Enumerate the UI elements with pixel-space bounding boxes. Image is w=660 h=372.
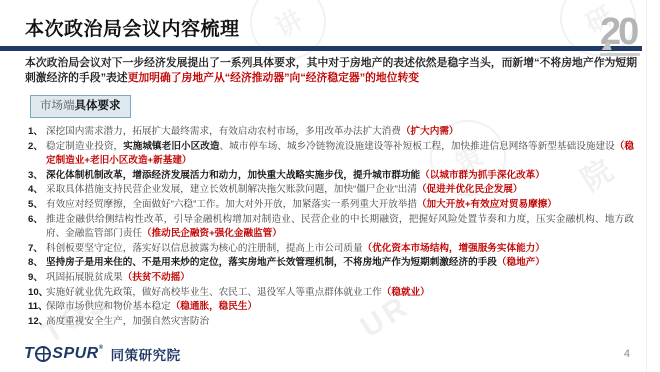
slide: 讲 研 院 TOS UR 策 本次政治局会议内容梳理 20 本次政治局会议对下一… <box>0 0 660 372</box>
section-label-bold: 具体要求 <box>75 100 121 112</box>
anniversary-20-logo: 20 <box>600 14 652 61</box>
text-segment-normal: 稳定制造业投资， <box>46 141 123 152</box>
list-item: 3、深化体制机制改革，增添经济发展活力和动力，加快重大战略实施步伐，提升城市群功… <box>28 169 634 184</box>
text-segment-red: （稳地产） <box>497 257 545 268</box>
item-text: 有效应对经贸摩擦，全面做好“六稳”工作。加大对外开放，加紧落实一系列重大开放举措… <box>46 198 634 213</box>
text-segment-normal: 高度重视安全生产，加强自然灾害防治 <box>46 316 209 327</box>
intro-text-red: 更加明确了房地产从“经济推动器”向“经济稳定器”的地位转变 <box>128 72 420 84</box>
list-item: 4、采取具体措施支持民营企业发展，建立长效机制解决拖欠账款问题，加快“僵尸企业”… <box>28 183 634 198</box>
list-item: 6、推进金融供给侧结构性改革，引导金融机构增加对制造业、民营企业的中长期融资，把… <box>28 213 634 242</box>
text-segment-red: （稳就业） <box>382 287 430 298</box>
text-segment-red: （优化资本市场结构，增强服务实体能力） <box>363 243 545 254</box>
item-text: 科创板要坚守定位，落实好以信息披露为核心的注册制，提高上市公司质量（优化资本市场… <box>46 242 634 257</box>
item-number: 11、 <box>28 300 46 315</box>
section-label-box: 市场端具体要求 <box>30 95 131 118</box>
text-segment-normal: 采取具体措施支持民营企业发展，建立长效机制解决拖欠账款问题，加快“僵尸企业”出清 <box>46 184 417 195</box>
brand-chinese-name: 同策研究院 <box>111 344 181 364</box>
item-text: 巩固拓展脱贫成果（扶贫不动摇） <box>46 271 634 286</box>
section-label-prefix: 市场端 <box>40 100 75 112</box>
item-number: 8、 <box>28 256 46 271</box>
text-segment-normal: 、城市停车场、城乡冷链物流设施建设等补短板工程，加快推进信息网络等新型基础设施建… <box>220 141 615 152</box>
list-item: 11、保障市场供应和物价基本稳定（稳通胀，稳民生） <box>28 300 634 315</box>
text-segment-red: （扶贫不动摇） <box>123 272 190 283</box>
item-text: 保障市场供应和物价基本稳定（稳通胀，稳民生） <box>46 300 634 315</box>
brand-letters-spur: SPUR <box>52 345 98 363</box>
brand-letter-t: T <box>24 345 34 363</box>
list-item: 8、坚持房子是用来住的、不是用来炒的定位，落实房地产长效管理机制，不将房地产作为… <box>28 256 634 271</box>
intro-paragraph: 本次政治局会议对下一步经济发展提出了一系列具体要求，其中对于房地产的表述依然是稳… <box>25 56 637 86</box>
list-item: 10、实施好就业优先政策，做好高校毕业生、农民工、退役军人等重点群体就业工作（稳… <box>28 286 634 301</box>
text-segment-red: （推动民企融资+强化金融监管） <box>142 228 282 239</box>
page-number: 4 <box>624 348 630 360</box>
item-text: 推进金融供给侧结构性改革，引导金融机构增加对制造业、民营企业的中长期融资，把握好… <box>46 213 634 242</box>
item-number: 5、 <box>28 198 46 213</box>
item-number: 6、 <box>28 213 46 228</box>
list-item: 7、科创板要坚守定位，落实好以信息披露为核心的注册制，提高上市公司质量（优化资本… <box>28 242 634 257</box>
text-segment-red: （以城市群为抓手深化改革） <box>420 170 545 181</box>
text-segment-normal: 有效应对经贸摩擦，全面做好“六稳”工作。加大对外开放，加紧落实一系列重大开放举措 <box>46 199 417 210</box>
text-segment-red: （扩大内需） <box>401 126 459 137</box>
text-segment-bold: 坚持房子是用来住的、不是用来炒的定位，落实房地产长效管理机制，不将房地产作为短期… <box>46 257 497 268</box>
text-segment-normal: 推进金融供给侧结构性改革，引导金融机构增加对制造业、民营企业的中长期融资，把握好… <box>46 214 634 240</box>
text-segment-bold: 实施城镇老旧小区改造 <box>123 141 219 152</box>
item-text: 高度重视安全生产，加强自然灾害防治 <box>46 315 634 330</box>
text-segment-red: （稳通胀，稳民生） <box>171 301 257 312</box>
item-number: 10、 <box>28 286 46 301</box>
list-item: 1、深挖国内需求潜力，拓展扩大最终需求，有效启动农村市场，多用改革办法扩大消费（… <box>28 125 634 140</box>
list-item: 12、高度重视安全生产，加强自然灾害防治 <box>28 315 634 330</box>
item-number: 4、 <box>28 183 46 198</box>
text-segment-normal: 科创板要坚守定位，落实好以信息披露为核心的注册制，提高上市公司质量 <box>46 243 363 254</box>
text-segment-normal: 保障市场供应和物价基本稳定 <box>46 301 171 312</box>
registered-mark: ® <box>99 345 104 351</box>
item-number: 9、 <box>28 271 46 286</box>
text-segment-normal: 深挖国内需求潜力，拓展扩大最终需求，有效启动农村市场，多用改革办法扩大消费 <box>46 126 401 137</box>
item-text: 深挖国内需求潜力，拓展扩大最终需求，有效启动农村市场，多用改革办法扩大消费（扩大… <box>46 125 634 140</box>
tospur-logo: TSPUR® 同策研究院 <box>24 344 181 364</box>
page-title: 本次政治局会议内容梳理 <box>25 14 240 41</box>
item-number: 3、 <box>28 169 46 184</box>
globe-icon <box>35 346 51 362</box>
item-number: 12、 <box>28 315 46 330</box>
item-text: 深化体制机制改革，增添经济发展活力和动力，加快重大战略实施步伐，提升城市群功能（… <box>46 169 634 184</box>
text-segment-red: （促进并优化民企发展） <box>417 184 523 195</box>
list-item: 2、稳定制造业投资，实施城镇老旧小区改造、城市停车场、城乡冷链物流设施建设等补短… <box>28 140 634 169</box>
title-divider <box>0 46 642 51</box>
text-segment-normal: 实施好就业优先政策，做好高校毕业生、农民工、退役军人等重点群体就业工作 <box>46 287 382 298</box>
text-segment-bold: 深化体制机制改革，增添经济发展活力和动力，加快重大战略实施步伐，提升城市群功能 <box>46 170 420 181</box>
item-number: 2、 <box>28 140 46 155</box>
item-text: 坚持房子是用来住的、不是用来炒的定位，落实房地产长效管理机制，不将房地产作为短期… <box>46 256 634 271</box>
list-item: 5、有效应对经贸摩擦，全面做好“六稳”工作。加大对外开放，加紧落实一系列重大开放… <box>28 198 634 213</box>
item-text: 采取具体措施支持民营企业发展，建立长效机制解决拖欠账款问题，加快“僵尸企业”出清… <box>46 183 634 198</box>
requirements-list: 1、深挖国内需求潜力，拓展扩大最终需求，有效启动农村市场，多用改革办法扩大消费（… <box>28 125 634 329</box>
item-text: 实施好就业优先政策，做好高校毕业生、农民工、退役军人等重点群体就业工作（稳就业） <box>46 286 634 301</box>
footer-brand: TSPUR® 同策研究院 <box>24 344 181 364</box>
list-item: 9、巩固拓展脱贫成果（扶贫不动摇） <box>28 271 634 286</box>
text-segment-normal: 巩固拓展脱贫成果 <box>46 272 123 283</box>
item-number: 1、 <box>28 125 46 140</box>
item-number: 7、 <box>28 242 46 257</box>
text-segment-red: （加大开放+有效应对贸易摩擦） <box>417 199 557 210</box>
item-text: 稳定制造业投资，实施城镇老旧小区改造、城市停车场、城乡冷链物流设施建设等补短板工… <box>46 140 634 169</box>
